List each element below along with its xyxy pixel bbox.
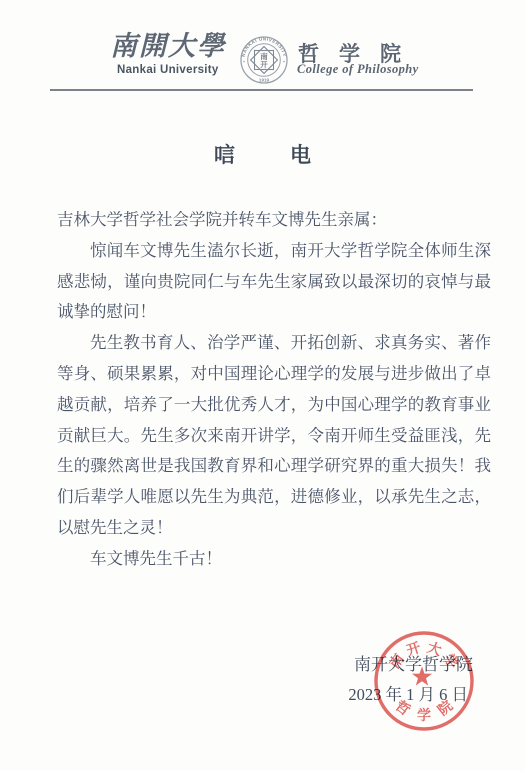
header-divider (50, 89, 473, 91)
svg-text:院: 院 (435, 697, 456, 719)
paragraph: 先生教书育人、治学严谨、开拓创新、求真务实、著作等身、硕果累累，对中国理论心理学… (57, 328, 491, 544)
university-name-english: Nankai University (117, 64, 219, 76)
emblem-year: 1919 (259, 77, 270, 82)
letter-title: 唁 电 (0, 139, 525, 169)
svg-text:大: 大 (425, 639, 444, 659)
college-name-english: College of Philosophy (297, 62, 419, 77)
official-red-seal-stamp: 南 开 大 学 哲 学 院 (366, 623, 482, 739)
letter-page: 南開大學 Nankai University NANKAI UNIVERSITY… (0, 0, 525, 771)
paragraph: 惊闻车文博先生溘尔长逝，南开大学哲学院全体师生深感悲恸，谨向贵院同仁与车先生家属… (57, 236, 491, 328)
seal-star-icon (412, 667, 432, 686)
letter-body: 吉林大学哲学社会学院并转车文博先生亲属： 惊闻车文博先生溘尔长逝，南开大学哲学院… (57, 205, 491, 575)
svg-text:哲: 哲 (392, 697, 413, 719)
university-name-calligraphy: 南開大學 (110, 30, 235, 62)
svg-text:学: 学 (417, 707, 431, 724)
paragraph: 车文博先生千古！ (57, 544, 491, 575)
svg-text:学: 学 (440, 651, 462, 672)
svg-text:开: 开 (405, 640, 423, 660)
university-emblem-icon: NANKAI UNIVERSITY 1919 南 开 (238, 34, 290, 86)
emblem-monogram-bottom: 开 (260, 59, 268, 69)
svg-text:南: 南 (386, 651, 408, 672)
salutation: 吉林大学哲学社会学院并转车文博先生亲属： (57, 205, 491, 236)
